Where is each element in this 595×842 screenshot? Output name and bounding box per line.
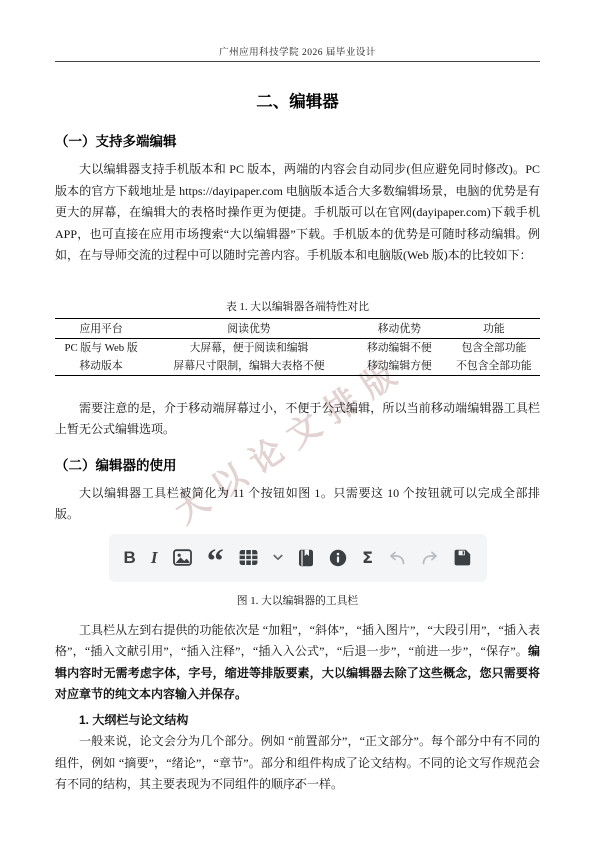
blockquote-icon: “ xyxy=(207,546,224,570)
table-cell: 屏幕尺寸限制，编辑大表格不便 xyxy=(147,357,351,376)
table-cell: 大屏幕，便于阅读和编辑 xyxy=(147,338,351,357)
italic-glyph: I xyxy=(151,548,158,568)
comparison-table: 应用平台 阅读优势 移动优势 功能 PC 版与 Web 版 大屏幕，便于阅读和编… xyxy=(55,318,540,376)
bold-glyph: B xyxy=(124,548,136,568)
figure-toolbar-image: B I “ Σ xyxy=(109,534,487,582)
paragraph-normal-run: 工具栏从左到右提供的功能依次是 “加粗”，“斜体”，“插入图片”，“大段引用”，… xyxy=(55,623,540,659)
header-rule xyxy=(55,61,540,62)
paragraph: 大以编辑器支持手机版本和 PC 版本，两端的内容会自动同步(但应避免同时修改)。… xyxy=(55,159,540,267)
subsection-heading: 1. 大纲栏与论文结构 xyxy=(55,710,540,732)
table-header-cell: 移动优势 xyxy=(351,318,448,338)
figure-caption: 图 1. 大以编辑器的工具栏 xyxy=(55,593,540,608)
paragraph: 大以编辑器工具栏被简化为 11 个按钮如图 1。只需要这 10 个按钮就可以完成… xyxy=(55,483,540,526)
document-page: 广州应用科技学院 2026 届毕业设计 二、编辑器 （一）支持多端编辑 大以编辑… xyxy=(0,0,595,796)
table-header-cell: 功能 xyxy=(448,318,540,338)
table-cell: 包含全部功能 xyxy=(448,338,540,357)
table-header-row: 应用平台 阅读优势 移动优势 功能 xyxy=(55,318,540,338)
paragraph: 需要注意的是，介于移动端屏幕过小，不便于公式编辑，所以当前移动端编辑器工具栏上暂… xyxy=(55,398,540,441)
table-caption: 表 1. 大以编辑器各端特性对比 xyxy=(55,299,540,314)
table-header-cell: 应用平台 xyxy=(55,318,147,338)
insert-citation-icon xyxy=(298,546,314,570)
table-cell: 移动版本 xyxy=(55,357,147,376)
redo-icon xyxy=(421,546,439,570)
insert-image-icon xyxy=(173,546,192,570)
section-heading-2: （二）编辑器的使用 xyxy=(55,454,540,474)
running-header: 广州应用科技学院 2026 届毕业设计 xyxy=(55,0,540,58)
table-header-cell: 阅读优势 xyxy=(147,318,351,338)
sigma-glyph: Σ xyxy=(362,548,373,567)
insert-footnote-icon xyxy=(329,546,347,570)
table-row: 移动版本 屏幕尺寸限制，编辑大表格不便 移动编辑方便 不包含全部功能 xyxy=(55,357,540,376)
chevron-down-icon xyxy=(273,546,283,570)
section-heading-1: （一）支持多端编辑 xyxy=(55,130,540,150)
insert-formula-icon: Σ xyxy=(362,546,373,570)
table-cell: 移动编辑不便 xyxy=(351,338,448,357)
paragraph: 工具栏从左到右提供的功能依次是 “加粗”，“斜体”，“插入图片”，“大段引用”，… xyxy=(55,620,540,706)
bold-icon: B xyxy=(124,546,136,570)
chapter-title: 二、编辑器 xyxy=(55,88,540,112)
italic-icon: I xyxy=(151,546,158,570)
table-row: PC 版与 Web 版 大屏幕，便于阅读和编辑 移动编辑不便 包含全部功能 xyxy=(55,338,540,357)
table-cell: PC 版与 Web 版 xyxy=(55,338,147,357)
undo-icon xyxy=(388,546,406,570)
table-cell: 不包含全部功能 xyxy=(448,357,540,376)
page-number: 4 xyxy=(0,782,595,792)
save-icon xyxy=(454,546,471,570)
quote-glyph: “ xyxy=(207,557,224,571)
insert-table-icon xyxy=(239,546,258,570)
table-cell: 移动编辑方便 xyxy=(351,357,448,376)
